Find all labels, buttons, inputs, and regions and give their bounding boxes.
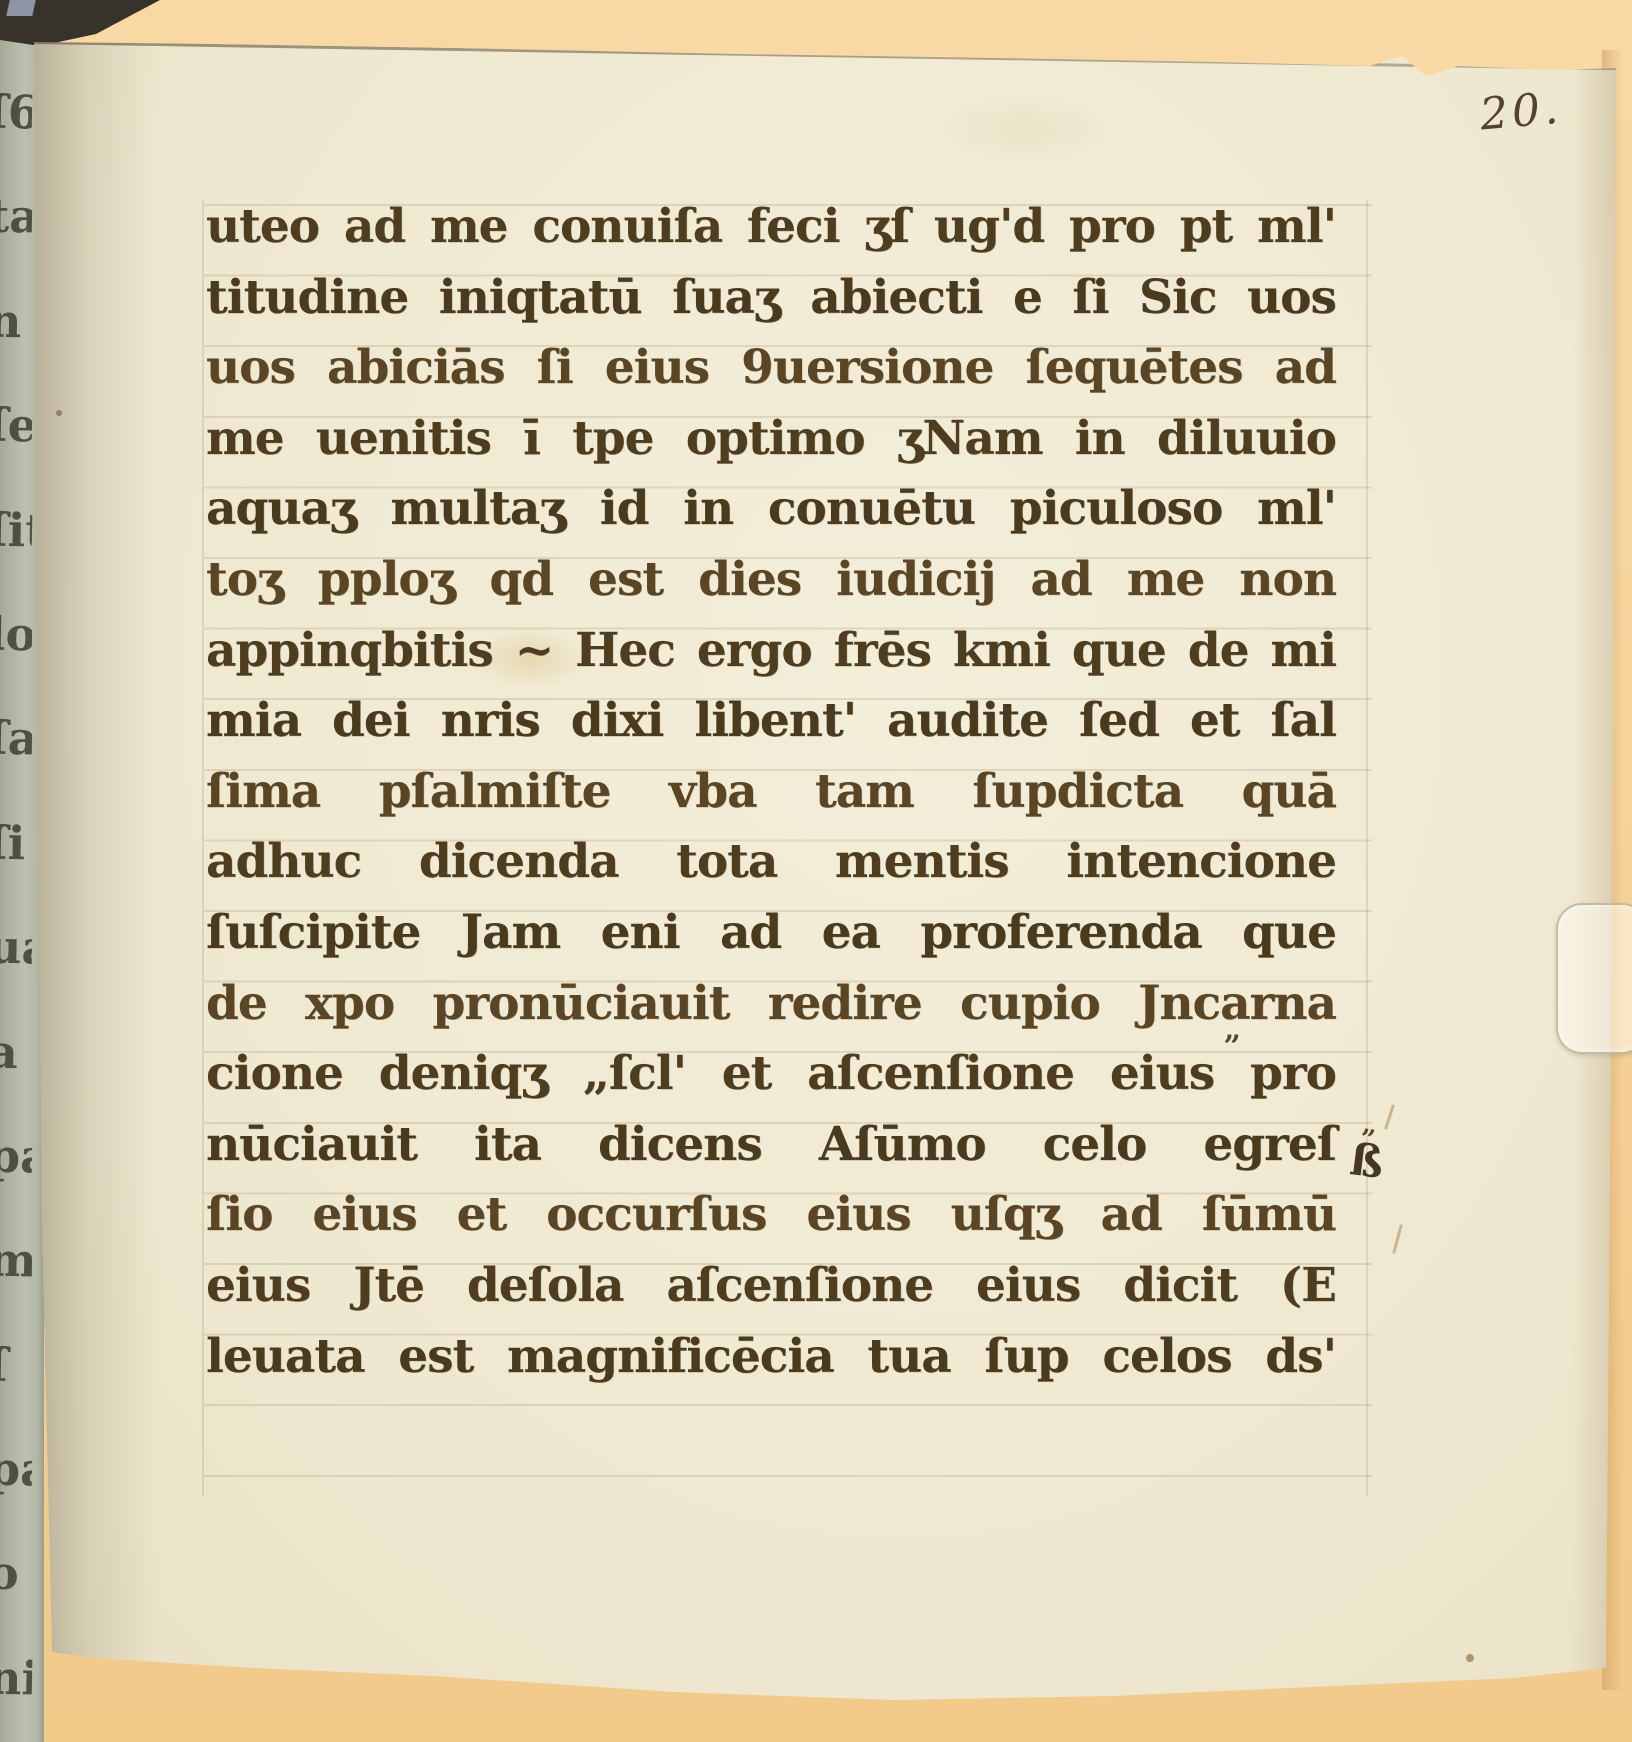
spine-fragment: ta [0,186,33,251]
text-line: ſio eius et occurſus eius uſqʒ ad ſūmū [206,1180,1336,1251]
stain [940,94,1110,164]
text-line: eius Jtē deſola aſcenſione eius dicit (E [206,1251,1336,1322]
parchment-leaf: uteo ad me conuiſa feci ʒſ ug'd pro pt m… [34,28,1616,1716]
spine-fragment: ſet [0,395,33,460]
text-line: mia dei nris dixi libent' audite ſed et … [206,686,1336,757]
margin-rule-left [202,200,204,1496]
text-line: uteo ad me conuiſa feci ʒſ ug'd pro pt m… [206,192,1336,263]
ink-speck [56,410,62,416]
spine-fragment: o [0,1543,33,1608]
pen-stroke [1384,1104,1395,1130]
spine-fragment: pa [0,1126,33,1191]
text-line: ſima pſalmiſte vba tam ſupdicta quā [206,757,1336,828]
spine-fragment: pa [0,1439,33,1504]
text-line: me uenitis ī tpe optimo ʒNam in diluuio [206,404,1336,475]
spine-fragment: ſi [0,812,33,877]
spine-fragment: ſ6 [0,82,33,147]
text-line: de xpo pronūciauit redire cupio Jncarna [206,969,1336,1040]
folio-number: 20. [1478,83,1564,141]
marginal-mark-glyph: ß [1347,1134,1386,1189]
mounting-tab [1556,903,1632,1054]
spine-fragment: a [0,1021,33,1086]
spine-fragment: n [0,290,33,355]
manuscript-scan: ſ6 ta n ſet ſit lo ſap ſi ua a pa ml ſ p… [0,0,1632,1742]
text-line: adhuc dicenda tota mentis intencione [206,827,1336,898]
spine-fragment: ua [0,917,33,982]
gutter-shadow [34,28,174,1716]
text-line: appinqbitis ~ Hec ergo frēs kmi que de m… [206,616,1336,687]
spine-fragment: ml [0,1230,33,1295]
text-line: ſuſcipite Jam eni ad ea proferenda que [206,898,1336,969]
spine-fragment: lo [0,604,33,669]
spine-fragment: ſit [0,499,33,564]
text-line: cione deniqʒ „ſcl' et aſcenſione eius pr… [206,1039,1336,1110]
text-block: uteo ad me conuiſa feci ʒſ ug'd pro pt m… [206,192,1336,1392]
marginal-mark: „ ß [1347,1134,1386,1189]
text-line: uos abiciās ſi eius 9uersione ſequētes a… [206,333,1336,404]
pen-stroke [1392,1224,1403,1254]
right-edge-shade [1560,28,1616,1716]
spine-fragment: ſap [0,708,33,773]
text-line: toʒ pploʒ qd est dies iudicij ad me non [206,545,1336,616]
spine-fragment: ſ [0,1334,33,1399]
margin-rule-right [1366,200,1368,1496]
text-line: leuata est magnificēcia tua ſup celos ds… [206,1322,1336,1393]
background-sliver [6,0,35,16]
text-line: titudine iniqtatū ſuaʒ abiecti e ſi Sic … [206,263,1336,334]
text-line: aquaʒ multaʒ id in conuētu piculoso ml' [206,474,1336,545]
text-line: nūciauit ita dicens Aſūmo celo egreſ [206,1110,1336,1181]
spine-fragment: ni [0,1647,33,1712]
ink-speck [1466,1654,1474,1662]
insertion-mark: „ [1224,1012,1241,1047]
